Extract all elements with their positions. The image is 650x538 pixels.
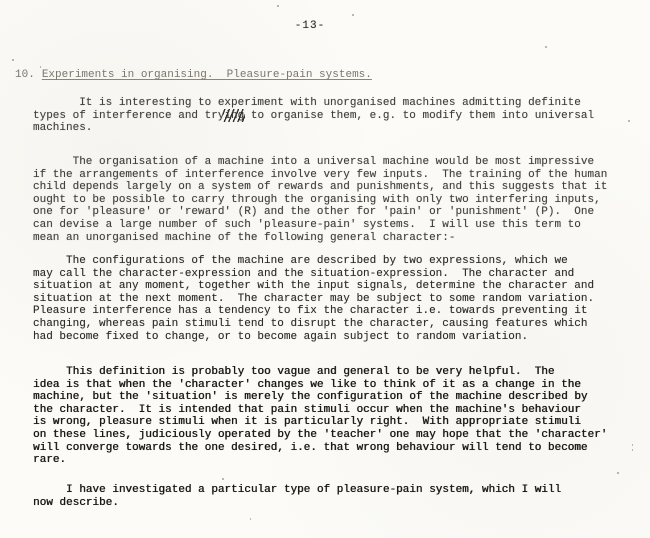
- scan-speck: [12, 59, 14, 61]
- text-line: mean an unorganised machine of the follo…: [33, 232, 630, 245]
- text-line: changing, whereas pain stimuli tend to d…: [33, 318, 630, 331]
- section-number: 10.: [15, 69, 35, 81]
- text-line: situation at any moment, together with t…: [33, 280, 630, 293]
- scan-speck: [617, 472, 619, 474]
- text-line: idea is that when the 'character' change…: [33, 379, 630, 392]
- text-line: ought to be possible to carry through th…: [33, 194, 630, 207]
- scan-speck: [250, 518, 251, 520]
- overstruck-text: ing: [224, 110, 244, 122]
- text-line: machine, but the 'situation' is merely t…: [33, 391, 630, 404]
- text-segment: to organise them, e.g. to modify them in…: [244, 110, 594, 122]
- text-line: The organisation of a machine into a uni…: [33, 156, 630, 169]
- scan-speck: [277, 5, 279, 7]
- text-line: I have investigated a particular type of…: [33, 484, 630, 497]
- text-line: The configurations of the machine are de…: [33, 255, 630, 268]
- text-line: types of interference and trying to orga…: [33, 110, 630, 123]
- text-line: Pleasure interference has a tendency to …: [33, 305, 630, 318]
- scan-speck: [628, 120, 630, 122]
- paragraph-1: It is interesting to experiment with uno…: [33, 97, 630, 135]
- paragraph-4: This definition is probably too vague an…: [33, 366, 630, 467]
- paragraph-3: The configurations of the machine are de…: [33, 255, 630, 343]
- text-line: is wrong, pleasure stimuli when it is pa…: [33, 416, 630, 429]
- text-segment: types of interference and try: [33, 110, 224, 122]
- text-line: It is interesting to experiment with uno…: [33, 97, 630, 110]
- page-number: -13-: [0, 20, 620, 33]
- text-line: may call the character-expression and th…: [33, 268, 630, 281]
- text-line: one for 'pleasure' or 'reward' (R) and t…: [33, 206, 630, 219]
- text-line: rare.: [33, 454, 630, 467]
- scan-speck: [632, 444, 633, 446]
- text-line: if the arrangements of interference invo…: [33, 169, 630, 182]
- paragraph-5: I have investigated a particular type of…: [33, 484, 630, 509]
- text-line: This definition is probably too vague an…: [33, 366, 630, 379]
- section-title: Experiments in organising. Pleasure-pain…: [42, 69, 372, 81]
- scan-speck: [352, 14, 354, 16]
- section-heading: 10.Experiments in organising. Pleasure-p…: [15, 69, 372, 82]
- text-line: had become fixed to change, or to become…: [33, 331, 630, 344]
- text-line: on these lines, judiciously operated by …: [33, 429, 630, 442]
- scan-speck: [545, 46, 547, 48]
- text-line: situation at the next moment. The charac…: [33, 293, 630, 306]
- text-line: machines.: [33, 122, 630, 135]
- scan-speck: [222, 478, 224, 480]
- scan-speck: [40, 66, 41, 68]
- text-line: can devise a large number of such 'pleas…: [33, 219, 630, 232]
- scanned-document-page: -13- 10.Experiments in organising. Pleas…: [0, 0, 650, 538]
- text-line: now describe.: [33, 497, 630, 510]
- text-line: the character. It is intended that pain …: [33, 404, 630, 417]
- paragraph-2: The organisation of a machine into a uni…: [33, 156, 630, 244]
- text-line: will converge towards the one desired, i…: [33, 442, 630, 455]
- scan-speck: [632, 449, 633, 451]
- text-line: child depends largely on a system of rew…: [33, 181, 630, 194]
